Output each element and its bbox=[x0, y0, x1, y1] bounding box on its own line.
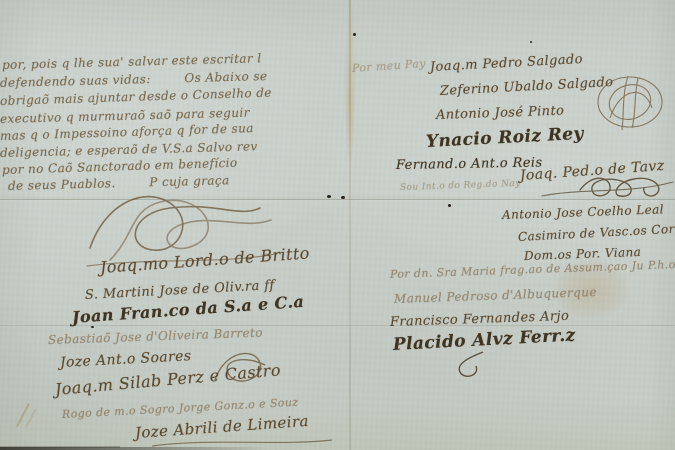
signature: Ynacio Roiz Rey bbox=[425, 124, 584, 152]
faint-annotation: Sou Int.o do Reg.do Nay bbox=[400, 179, 521, 193]
manuscript-page: por, pois q lhe sua' salvar este escrita… bbox=[0, 0, 675, 450]
signature: Joze Ant.o Soares bbox=[60, 348, 192, 371]
tavz-loops-flourish bbox=[540, 168, 675, 204]
signature: Antonio José Pinto bbox=[436, 104, 565, 123]
bottom-edge-shadow-2 bbox=[0, 446, 120, 448]
signature: Joaq.m Pedro Salgado bbox=[430, 52, 584, 75]
by-hand-note: Por meu Pay bbox=[352, 57, 427, 75]
limeira-underline-flourish bbox=[150, 436, 335, 450]
ink-speck bbox=[353, 33, 356, 36]
signature: Zeferino Ubaldo Salgado bbox=[440, 75, 614, 99]
ink-speck bbox=[91, 326, 94, 328]
soares-flourish bbox=[210, 345, 270, 390]
ink-speck bbox=[448, 204, 451, 207]
signature: Antonio Jose Coelho Leal bbox=[502, 202, 664, 222]
ink-speck bbox=[327, 195, 331, 198]
scratch-mark bbox=[25, 409, 36, 428]
signature: Sebastiaõ Jose d'Oliveira Barreto bbox=[48, 326, 263, 347]
ink-speck bbox=[341, 196, 345, 199]
signature: Casimiro de Vasc.os Corre bbox=[518, 221, 675, 244]
salgado-circle-rubric bbox=[592, 70, 667, 135]
body-text-line: por, pois q lhe sua' salvar este escrita… bbox=[2, 51, 262, 72]
ink-speck bbox=[530, 41, 532, 43]
placido-curl-flourish bbox=[448, 350, 488, 380]
